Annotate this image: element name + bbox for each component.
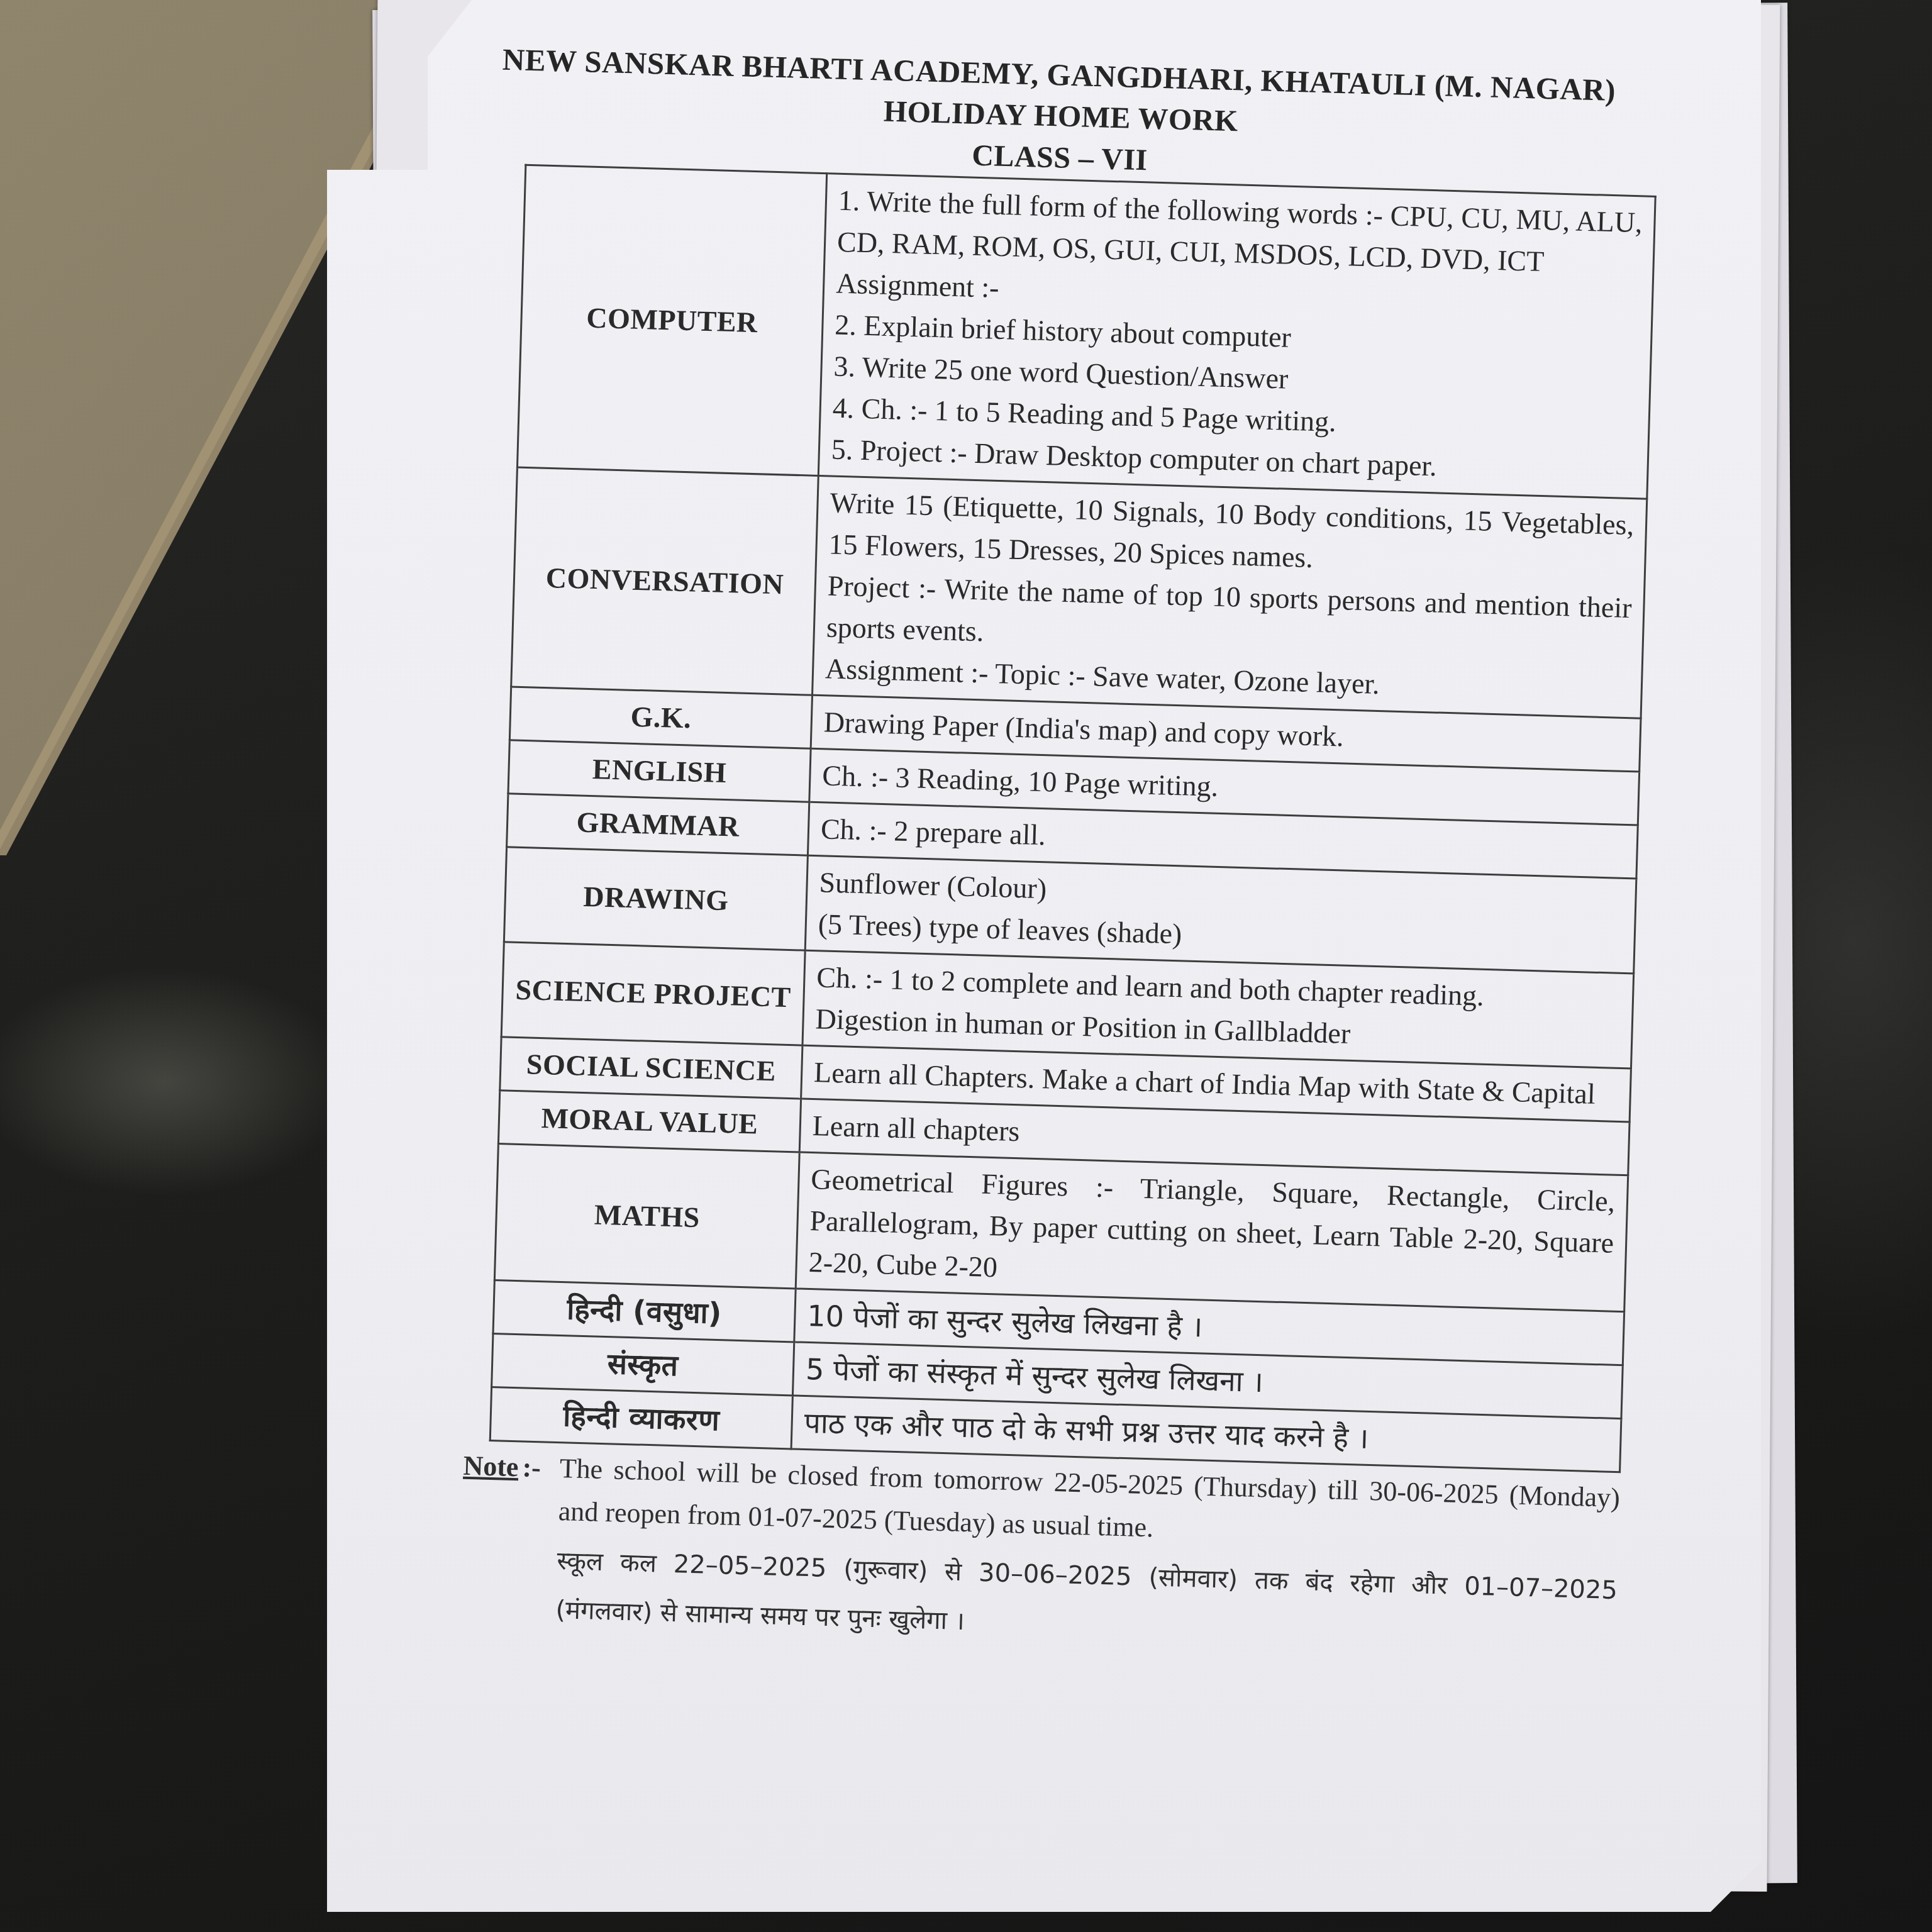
subject-name: GRAMMAR (507, 794, 809, 855)
subject-work: Geometrical Figures :- Triangle, Square,… (796, 1152, 1628, 1312)
subject-name: DRAWING (504, 847, 808, 950)
subject-name: हिन्दी (वसुधा) (493, 1280, 796, 1342)
subject-name: G.K. (509, 687, 812, 748)
subject-name: COMPUTER (517, 165, 826, 475)
subject-name: हिन्दी व्याकरण (490, 1387, 792, 1448)
subject-work: 1. Write the full form of the following … (818, 174, 1655, 499)
homework-document: NEW SANSKAR BHARTI ACADEMY, GANGDHARI, K… (421, 38, 1660, 1664)
table-row: COMPUTER 1. Write the full form of the f… (517, 165, 1655, 499)
subject-name: CONVERSATION (511, 467, 819, 695)
closure-note: Note :- The school will be closed from t… (458, 1445, 1621, 1664)
subject-work: Write 15 (Etiquette, 10 Signals, 10 Body… (813, 475, 1647, 718)
work-line: Geometrical Figures :- Triangle, Square,… (808, 1158, 1616, 1306)
table-row: CONVERSATION Write 15 (Etiquette, 10 Sig… (511, 467, 1647, 718)
subject-name: SOCIAL SCIENCE (500, 1037, 802, 1099)
subject-name: ENGLISH (508, 740, 811, 802)
subject-name: MORAL VALUE (498, 1091, 801, 1152)
note-separator: :- (518, 1446, 541, 1634)
subject-name: संस्कृत (492, 1334, 794, 1396)
subject-name: MATHS (494, 1144, 799, 1289)
note-label: Note (458, 1445, 519, 1633)
subject-name: SCIENCE PROJECT (501, 942, 805, 1045)
homework-table: COMPUTER 1. Write the full form of the f… (489, 164, 1657, 1473)
note-body: The school will be closed from tomorrow … (555, 1447, 1620, 1664)
